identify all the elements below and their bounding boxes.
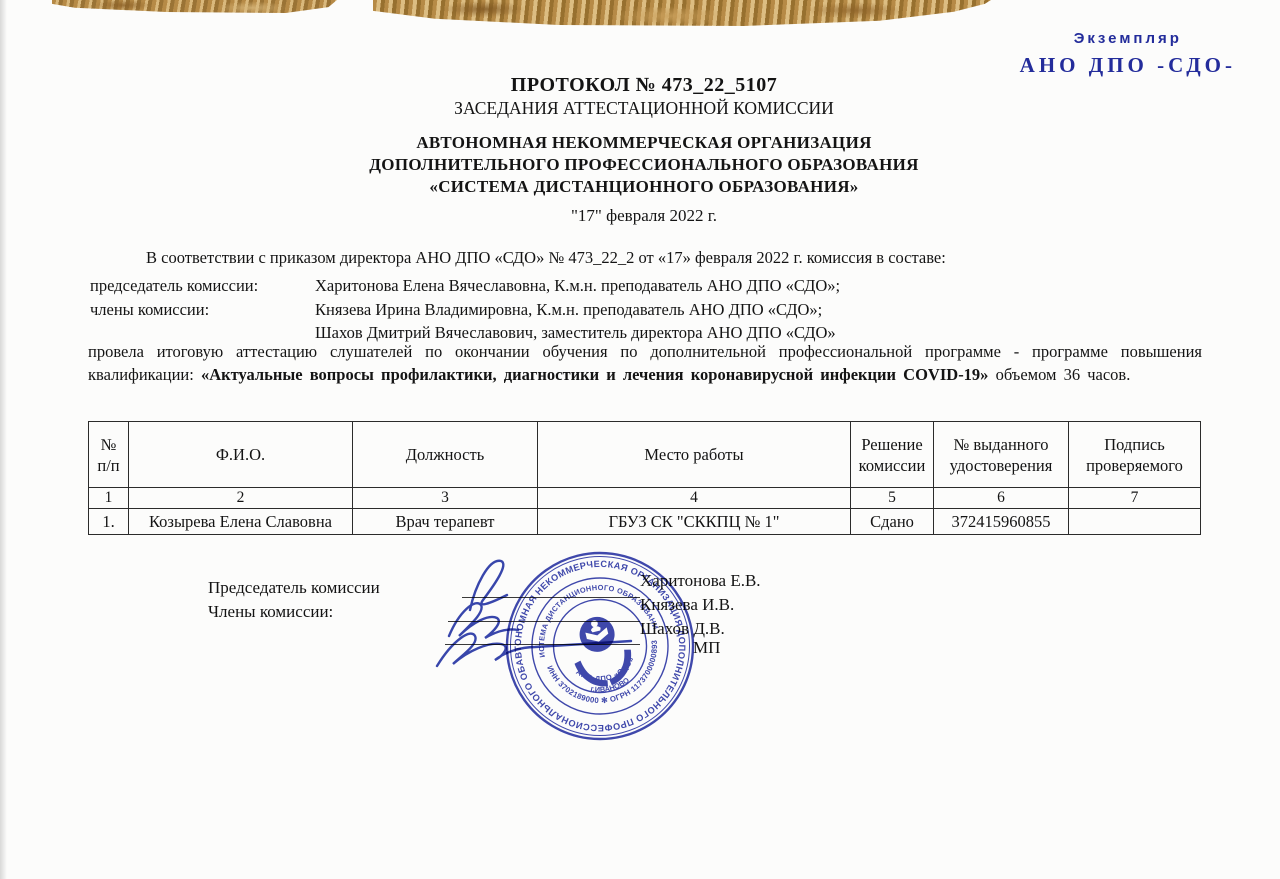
- col-number: 4: [538, 488, 851, 509]
- organization-line2: ДОПОЛНИТЕЛЬНОГО ПРОФЕССИОНАЛЬНОГО ОБРАЗО…: [88, 154, 1200, 176]
- member-name: Князева Ирина Владимировна, К.м.н. препо…: [315, 298, 1200, 322]
- col-header: Место работы: [538, 422, 851, 488]
- table-header-row: № п/п Ф.И.О. Должность Место работы Реше…: [89, 422, 1201, 488]
- commission-list: председатель комиссии: Харитонова Елена …: [90, 274, 1200, 345]
- col-header: Должность: [353, 422, 538, 488]
- cell-signature: [1069, 509, 1201, 535]
- protocol-subtitle: ЗАСЕДАНИЯ АТТЕСТАЦИОННОЙ КОМИССИИ: [88, 98, 1200, 119]
- cell-decision: Сдано: [851, 509, 934, 535]
- organization-seal: АВТОНОМНАЯ НЕКОММЕРЧЕСКАЯ ОРГАНИЗАЦИЯ ДО…: [500, 546, 700, 746]
- copy-stamp: Экземпляр АНО ДПО -СДО-: [1020, 30, 1236, 78]
- col-header: Ф.И.О.: [129, 422, 353, 488]
- col-header: Подпись проверяемого: [1069, 422, 1201, 488]
- scan-edge-shadow: [0, 0, 7, 879]
- document-scan: Экземпляр АНО ДПО -СДО- ПРОТОКОЛ № 473_2…: [0, 0, 1280, 879]
- col-number: 2: [129, 488, 353, 509]
- page-title: ПРОТОКОЛ № 473_22_5107 ЗАСЕДАНИЯ АТТЕСТА…: [88, 74, 1200, 119]
- cell-certificate-number: 372415960855: [934, 509, 1069, 535]
- background-texture-left: [52, 0, 337, 13]
- attestation-table: № п/п Ф.И.О. Должность Место работы Реше…: [88, 421, 1201, 535]
- chair-label: председатель комиссии:: [90, 274, 315, 298]
- copy-stamp-label: Экземпляр: [1020, 30, 1236, 47]
- organization-line1: АВТОНОМНАЯ НЕКОММЕРЧЕСКАЯ ОРГАНИЗАЦИЯ: [88, 132, 1200, 154]
- chair-name: Харитонова Елена Вячеславовна, К.м.н. пр…: [315, 274, 1200, 298]
- body-paragraph-end: объемом 36 часов.: [996, 365, 1131, 384]
- cell-row-number: 1.: [89, 509, 129, 535]
- col-header: № п/п: [89, 422, 129, 488]
- signature-members-label: Члены комиссии:: [208, 602, 333, 622]
- cell-position: Врач терапевт: [353, 509, 538, 535]
- col-number: 6: [934, 488, 1069, 509]
- body-paragraph: провела итоговую аттестацию слушателей п…: [88, 341, 1202, 386]
- cell-fio: Козырева Елена Славовна: [129, 509, 353, 535]
- col-number: 3: [353, 488, 538, 509]
- program-title: «Актуальные вопросы профилактики, диагно…: [201, 365, 989, 384]
- col-number: 5: [851, 488, 934, 509]
- document-date: "17" февраля 2022 г.: [88, 206, 1200, 226]
- col-header: № выданного удостоверения: [934, 422, 1069, 488]
- signature-chair-label: Председатель комиссии: [208, 578, 380, 598]
- col-number: 7: [1069, 488, 1201, 509]
- protocol-number: ПРОТОКОЛ № 473_22_5107: [88, 74, 1200, 97]
- globe-icon: [576, 613, 618, 655]
- background-texture-right: [373, 0, 991, 26]
- table-numbering-row: 1 2 3 4 5 6 7: [89, 488, 1201, 509]
- organization-name: АВТОНОМНАЯ НЕКОММЕРЧЕСКАЯ ОРГАНИЗАЦИЯ ДО…: [88, 132, 1200, 198]
- intro-paragraph: В соответствии с приказом директора АНО …: [88, 248, 1200, 268]
- col-header: Решение комиссии: [851, 422, 934, 488]
- organization-line3: «СИСТЕМА ДИСТАНЦИОННОГО ОБРАЗОВАНИЯ»: [88, 176, 1200, 198]
- members-label: члены комиссии:: [90, 298, 315, 322]
- table-row: 1. Козырева Елена Славовна Врач терапевт…: [89, 509, 1201, 535]
- col-number: 1: [89, 488, 129, 509]
- cell-workplace: ГБУЗ СК "СККПЦ № 1": [538, 509, 851, 535]
